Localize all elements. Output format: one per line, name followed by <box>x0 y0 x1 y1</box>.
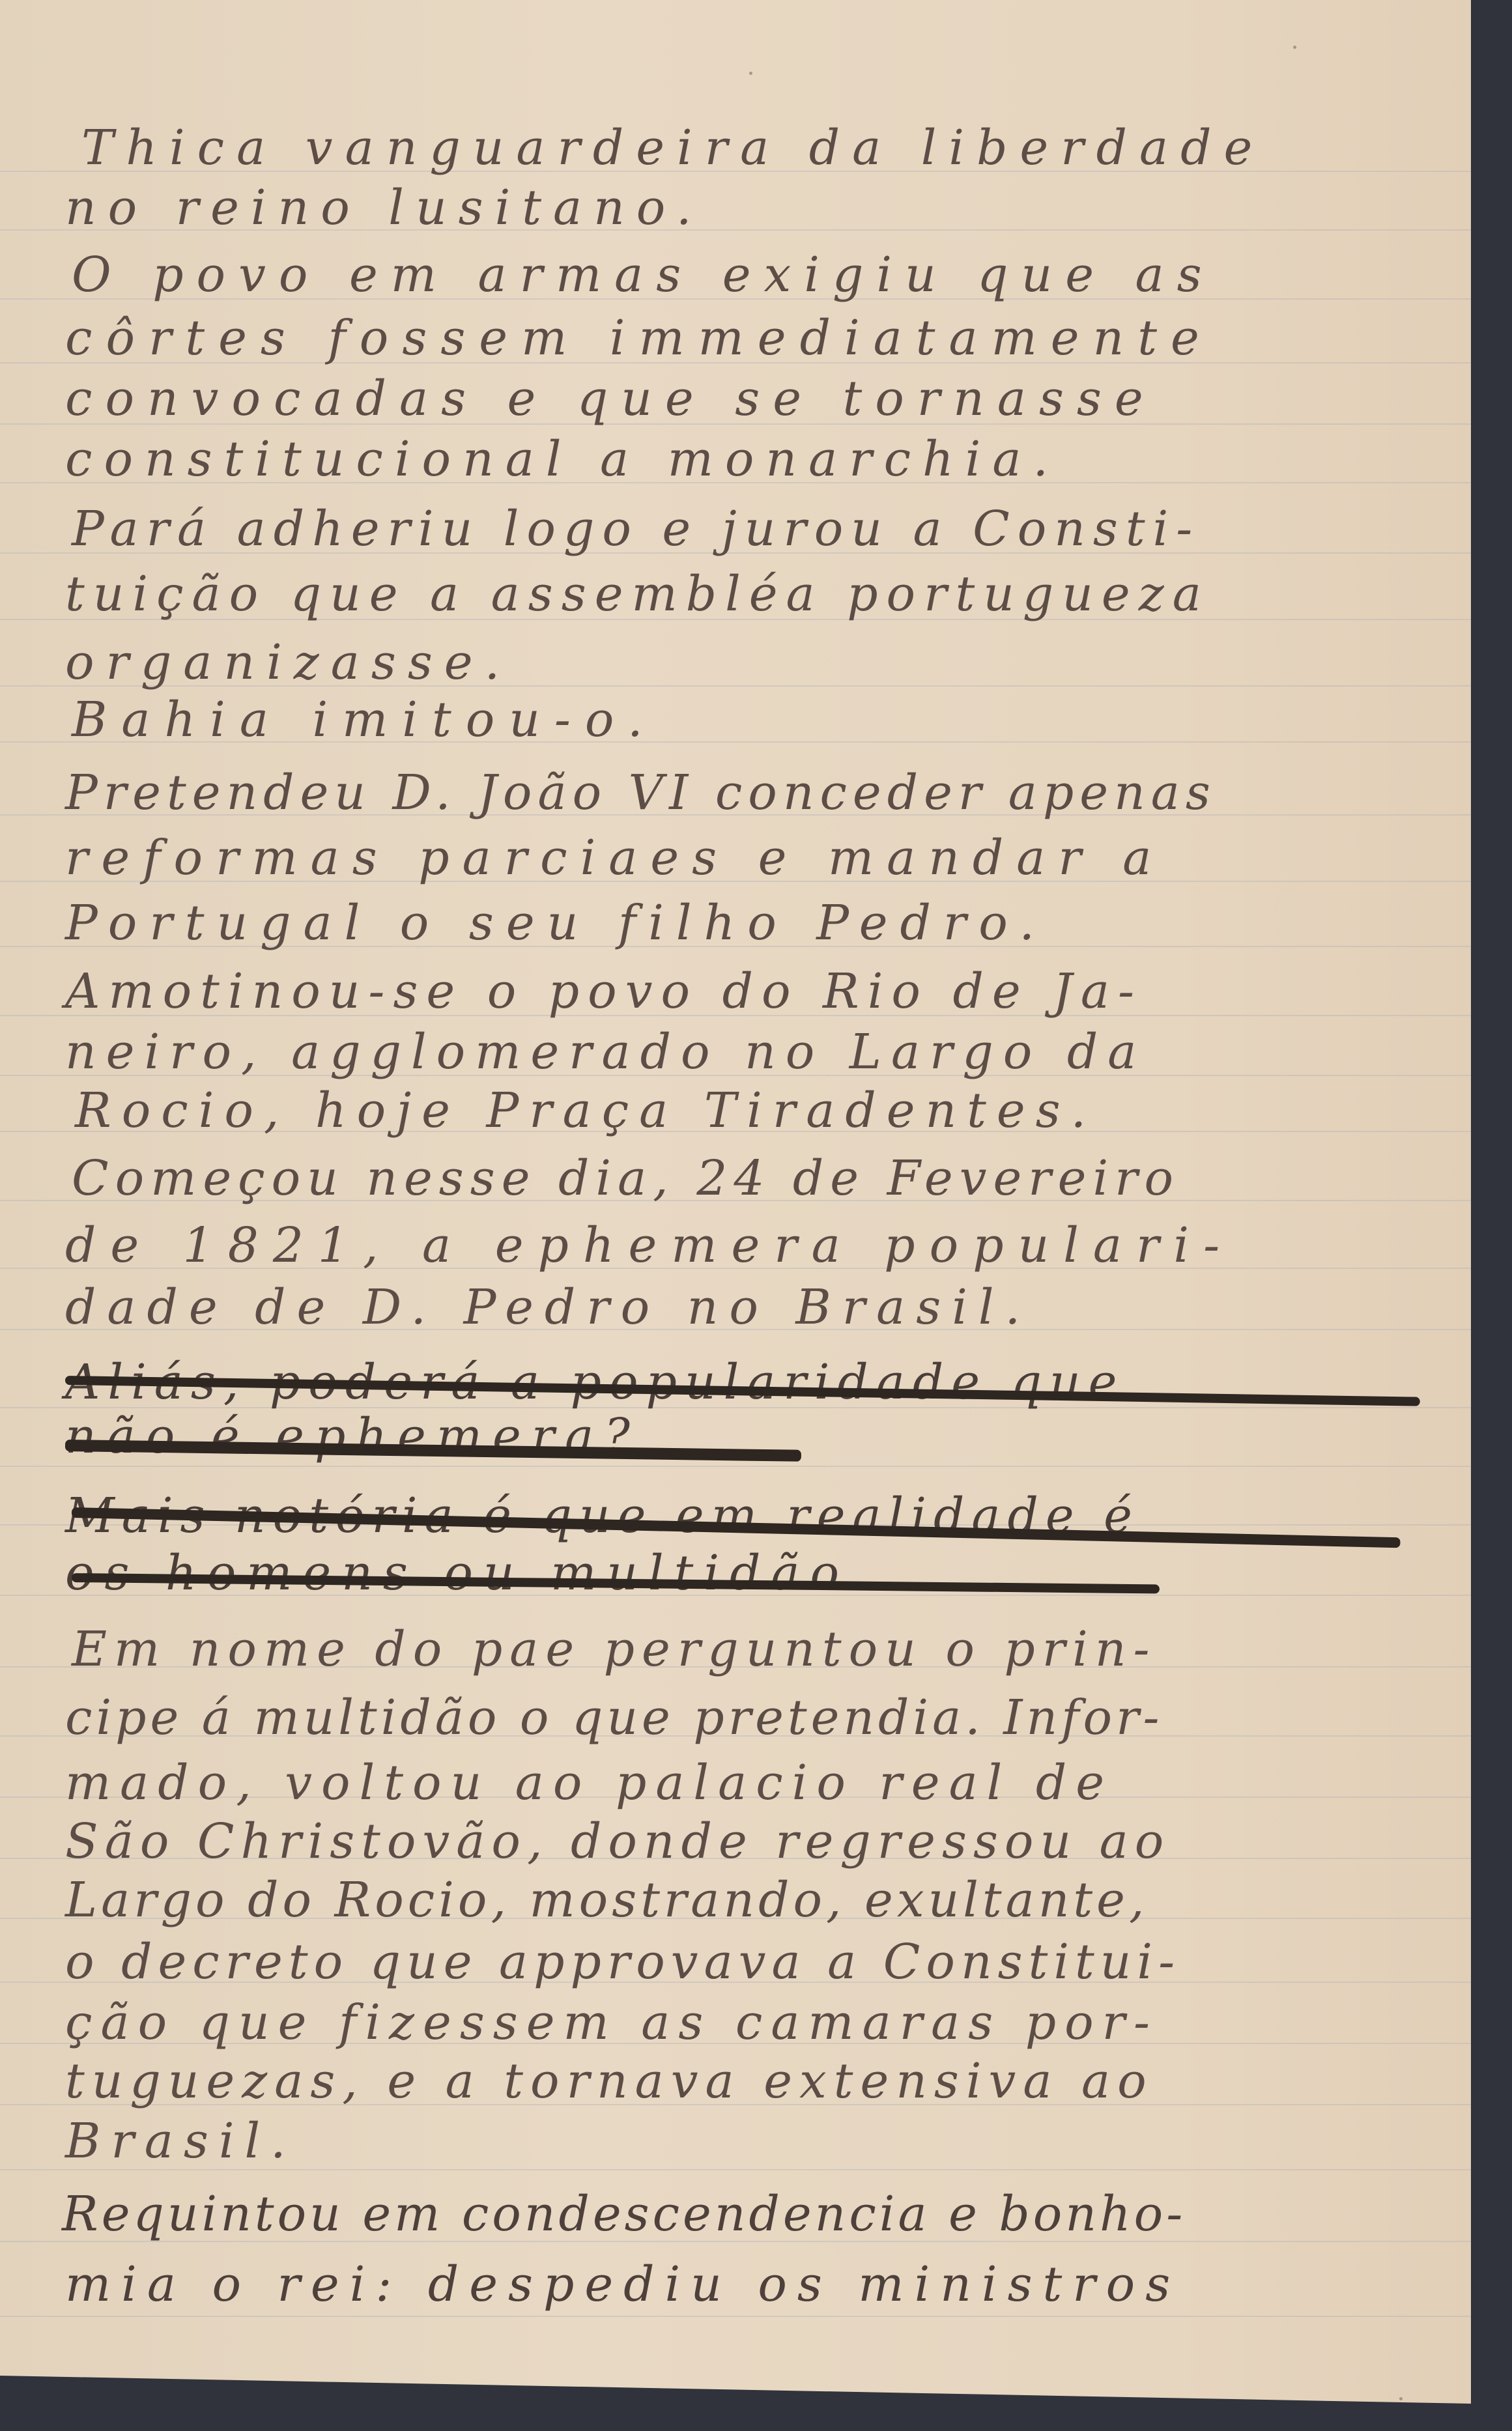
manuscript-line: reformas parciaes e mandar a <box>65 834 1164 882</box>
manuscript-line: Bahia imitou-o. <box>72 696 657 744</box>
manuscript-line: de 1821, a ephemera populari- <box>65 1221 1234 1270</box>
ruled-line <box>0 2316 1471 2317</box>
manuscript-line: Em nome do pae perguntou o prin- <box>72 1625 1157 1673</box>
paper-speck <box>1293 46 1296 49</box>
manuscript-line: Largo do Rocio, mostrando, exultante, <box>65 1876 1148 1924</box>
manuscript-line: mia o rei: despediu os ministros <box>65 2260 1180 2309</box>
manuscript-line: Começou nesse dia, 24 de Fevereiro <box>72 1154 1180 1202</box>
manuscript-line: neiro, agglomerado no Largo da <box>65 1028 1146 1076</box>
manuscript-line: mado, voltou ao palacio real de <box>65 1759 1113 1807</box>
manuscript-line: cipe á multidão o que pretendia. Infor- <box>65 1694 1163 1742</box>
manuscript-page: Thica vanguardeira da liberdade no reino… <box>0 0 1471 2410</box>
manuscript-line: o decreto que approvava a Constitui- <box>65 1938 1180 1986</box>
manuscript-line: São Christovão, donde regressou ao <box>65 1817 1170 1866</box>
ruled-line <box>0 2169 1471 2170</box>
manuscript-line: Pará adheriu logo e jurou a Consti- <box>72 505 1200 553</box>
manuscript-line: constitucional a monarchia. <box>65 435 1060 483</box>
manuscript-line: tuição que a assembléa portugueza <box>65 570 1210 618</box>
manuscript-line: Amotinou-se o povo do Rio de Ja- <box>65 967 1143 1016</box>
manuscript-line: Portugal o seu filho Pedro. <box>65 899 1047 947</box>
manuscript-line: ção que fizessem as camaras por- <box>65 1998 1158 2047</box>
manuscript-line: Thica vanguardeira da liberdade <box>81 124 1264 172</box>
manuscript-line: organizasse. <box>65 638 511 687</box>
manuscript-line: côrtes fossem immediatamente <box>65 314 1213 362</box>
manuscript-line: Rocio, hoje Praça Tiradentes. <box>75 1087 1096 1135</box>
paper-speck <box>749 72 752 75</box>
manuscript-line: O povo em armas exigiu que as <box>72 251 1215 299</box>
manuscript-line: Requintou em condescendencia e bonho- <box>62 2190 1186 2238</box>
manuscript-line: Pretendeu D. João VI conceder apenas <box>65 769 1216 817</box>
manuscript-line: Brasil. <box>65 2117 296 2165</box>
manuscript-line: no reino lusitano. <box>65 184 704 232</box>
struck-manuscript-line: os homens ou multidão <box>65 1549 849 1597</box>
manuscript-line: dade de D. Pedro no Brasil. <box>65 1283 1031 1331</box>
ruled-line <box>0 1466 1471 1467</box>
manuscript-line: convocadas e que se tornasse <box>65 375 1156 423</box>
manuscript-line: tuguezas, e a tornava extensiva ao <box>65 2057 1154 2105</box>
paper-speck <box>1399 2397 1403 2400</box>
